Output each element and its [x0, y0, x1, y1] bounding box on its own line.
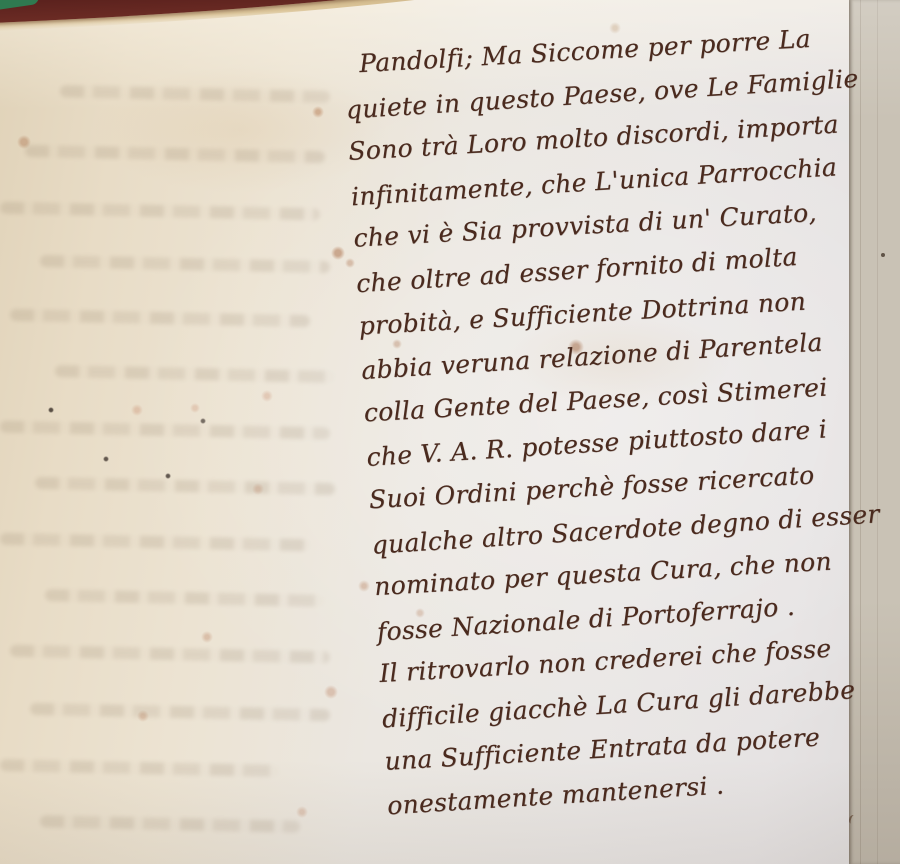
ghost-text-line — [35, 477, 335, 495]
ghost-text-line — [0, 202, 320, 221]
ghost-text-line — [10, 645, 330, 664]
ghost-text-line — [25, 145, 325, 163]
ghost-text-line — [0, 759, 280, 777]
cover-marbling-green — [0, 0, 40, 10]
ghost-text-line — [0, 421, 330, 440]
ghost-text-line — [10, 309, 310, 327]
manuscript-page: Pandolfi; Ma Siccome per porre La quiete… — [0, 0, 849, 864]
ghost-text-line — [40, 255, 330, 273]
ghost-text-line — [0, 533, 310, 551]
pen-mark — [848, 814, 857, 825]
ghost-text-line — [40, 815, 300, 832]
binding-thread — [115, 0, 152, 7]
handwritten-text-block: Pandolfi; Ma Siccome per porre La quiete… — [342, 13, 900, 827]
photo-of-manuscript: Pandolfi; Ma Siccome per porre La quiete… — [0, 0, 900, 864]
ghost-text-line — [55, 365, 335, 383]
ghost-text-line — [45, 589, 325, 607]
ghost-text-line — [30, 703, 330, 721]
ghost-text-line — [60, 85, 330, 103]
ink-speck — [881, 253, 885, 257]
